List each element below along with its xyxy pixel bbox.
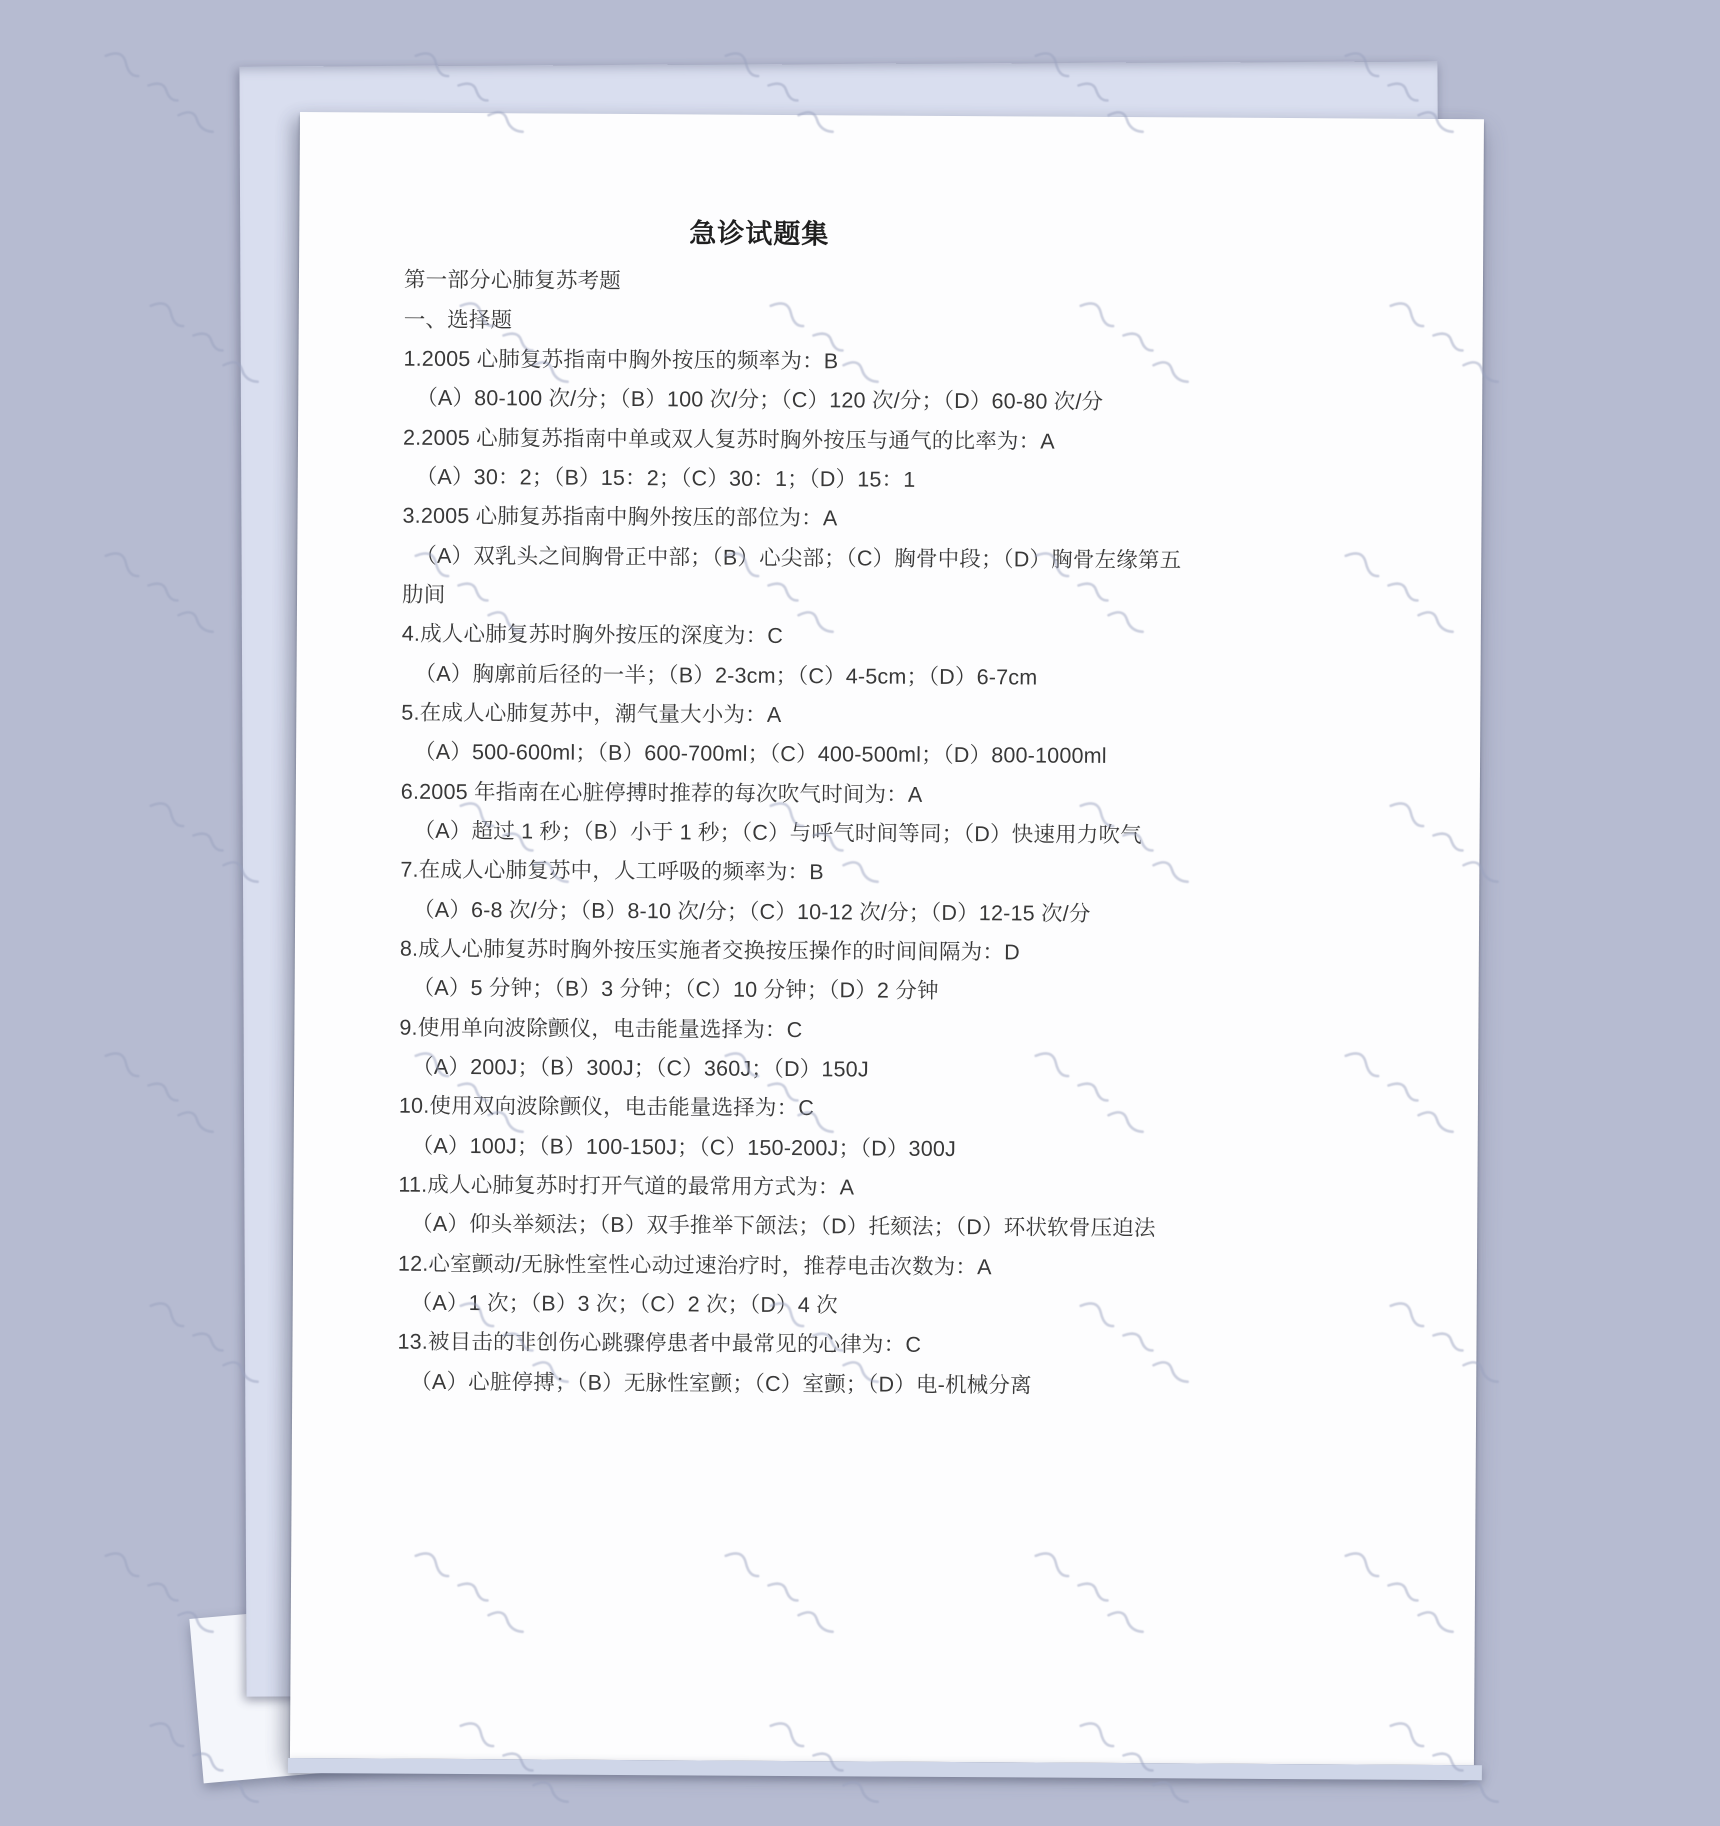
option-line: （A）1 次；（B）3 次；（C）2 次；（D）4 次 <box>398 1282 1348 1327</box>
option-line: （A）仰头举颏法；（B）双手推举下颌法；（D）托颏法；（D）环状软骨压迫法 <box>398 1203 1348 1248</box>
option-line: （A）6-8 次/分；（B）8-10 次/分；（C）10-12 次/分；（D）1… <box>400 888 1350 933</box>
question-line: 11.成人心肺复苏时打开气道的最常用方式为：A <box>398 1164 1348 1209</box>
option-line: （A）心脏停搏；（B）无脉性室颤；（C）室颤；（D）电-机械分离 <box>397 1360 1347 1405</box>
question-line: 5.在成人心肺复苏中，潮气量大小为：A <box>401 691 1351 736</box>
question-line: 3.2005 心肺复苏指南中胸外按压的部位为：A <box>402 495 1352 540</box>
section-heading: 第一部分心肺复苏考题 <box>404 259 1354 304</box>
option-line: （A）500-600ml；（B）600-700ml；（C）400-500ml；（… <box>401 731 1351 776</box>
document-mockup-canvas: 急诊试题集 第一部分心肺复苏考题一、选择题1.2005 心肺复苏指南中胸外按压的… <box>0 0 1720 1826</box>
option-line: （A）100J；（B）100-150J；（C）150-200J；（D）300J <box>399 1124 1349 1169</box>
question-line: 7.在成人心肺复苏中，人工呼吸的频率为：B <box>400 849 1350 894</box>
question-line: 9.使用单向波除颤仪，电击能量选择为：C <box>399 1006 1349 1051</box>
question-line: 13.被目击的非创伤心跳骤停患者中最常见的心律为：C <box>397 1321 1347 1366</box>
option-line: （A）超过 1 秒；（B）小于 1 秒；（C）与呼气时间等同；（D）快速用力吹气 <box>401 809 1351 854</box>
option-line: （A）双乳头之间胸骨正中部；（B）心尖部；（C）胸骨中段；（D）胸骨左缘第五 <box>402 534 1352 579</box>
question-line: 2.2005 心肺复苏指南中单或双人复苏时胸外按压与通气的比率为：A <box>403 416 1353 461</box>
option-line: （A）30：2；（B）15：2；（C）30：1；（D）15：1 <box>403 455 1353 500</box>
question-line: 12.心室颤动/无脉性室性心动过速治疗时，推荐电击次数为：A <box>398 1242 1348 1287</box>
subsection-heading: 一、选择题 <box>404 298 1354 343</box>
option-line: （A）200J；（B）300J；（C）360J；（D）150J <box>399 1045 1349 1090</box>
question-line: 1.2005 心肺复苏指南中胸外按压的频率为：B <box>403 337 1353 382</box>
question-line: 4.成人心肺复苏时胸外按压的深度为：C <box>402 613 1352 658</box>
document-title: 急诊试题集 <box>404 210 1114 253</box>
document-page: 急诊试题集 第一部分心肺复苏考题一、选择题1.2005 心肺复苏指南中胸外按压的… <box>290 112 1484 1765</box>
watermark-mark <box>92 28 237 155</box>
option-line: （A）胸廓前后径的一半；（B）2-3cm；（C）4-5cm；（D）6-7cm <box>401 652 1351 697</box>
option-line: （A）80-100 次/分；（B）100 次/分；（C）120 次/分；（D）6… <box>403 377 1353 422</box>
document-body: 第一部分心肺复苏考题一、选择题1.2005 心肺复苏指南中胸外按压的频率为：B（… <box>397 259 1354 1406</box>
watermark-mark <box>92 528 237 655</box>
option-line: 肋间 <box>402 573 1352 618</box>
question-line: 8.成人心肺复苏时胸外按压实施者交换按压操作的时间间隔为：D <box>400 927 1350 972</box>
question-line: 10.使用双向波除颤仪，电击能量选择为：C <box>399 1085 1349 1130</box>
option-line: （A）5 分钟；（B）3 分钟；（C）10 分钟；（D）2 分钟 <box>400 967 1350 1012</box>
question-line: 6.2005 年指南在心脏停搏时推荐的每次吹气时间为：A <box>401 770 1351 815</box>
watermark-mark <box>92 1028 237 1155</box>
